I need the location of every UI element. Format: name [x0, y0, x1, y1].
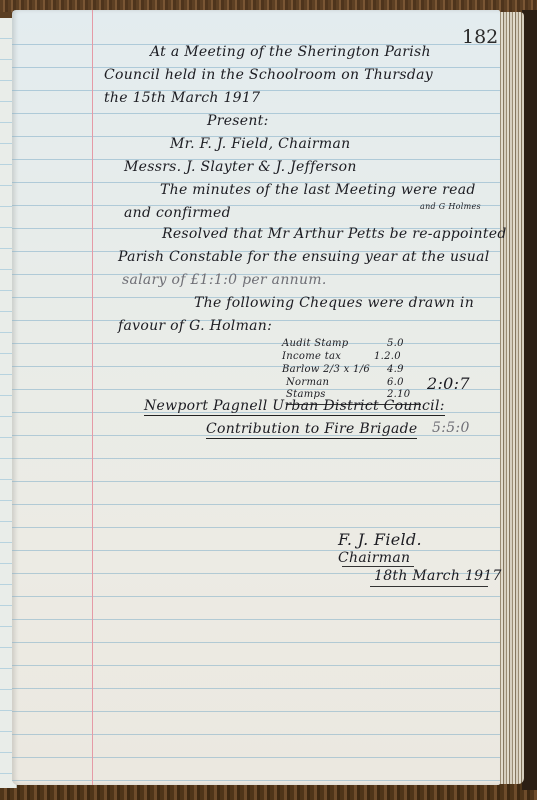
resolution-line-2: Parish Constable for the ensuing year at…	[118, 249, 490, 265]
resolution-line-1: Resolved that Mr Arthur Petts be re-appo…	[162, 226, 507, 242]
signature-rule	[342, 566, 414, 567]
cheque-total: 2:0:7	[427, 374, 470, 393]
cheque-item-amount: 5.0	[387, 338, 404, 349]
cheque-item-amount: 1.2.0	[374, 351, 401, 362]
red-margin-line	[92, 10, 93, 785]
cheque-item-amount: 4.9	[387, 364, 404, 375]
council-heading: Newport Pagnell Urban District Council:	[144, 398, 445, 416]
date-rule	[370, 586, 488, 587]
minutes-confirmed: and confirmed	[124, 205, 231, 221]
council-item: Contribution to Fire Brigade	[206, 421, 417, 439]
minute-line-2: Council held in the Schoolroom on Thursd…	[104, 67, 433, 83]
cheque-item-label: Audit Stamp	[282, 338, 348, 349]
book-cover-edge	[522, 10, 537, 790]
cheques-line-1: The following Cheques were drawn in	[194, 295, 474, 311]
page-number: 182	[462, 26, 498, 48]
signature-name: F. J. Field.	[338, 530, 422, 549]
signature-title: Chairman	[338, 550, 410, 566]
cheque-item-label: Barlow 2/3 x 1/6	[282, 364, 370, 375]
signature-date: 18th March 1917	[374, 568, 502, 584]
minute-line-3: the 15th March 1917	[104, 90, 260, 106]
present-heading: Present:	[207, 113, 269, 129]
present-members: Messrs. J. Slayter & J. Jefferson	[124, 159, 357, 175]
present-chairman: Mr. F. J. Field, Chairman	[170, 136, 350, 152]
council-amount: 5:5:0	[432, 420, 470, 436]
minutes-read: The minutes of the last Meeting were rea…	[160, 182, 476, 198]
resolution-line-3: salary of £1:1:0 per annum.	[122, 272, 327, 288]
ledger-page: 182 At a Meeting of the Sherington Paris…	[12, 10, 500, 785]
cheques-line-2: favour of G. Holman:	[118, 318, 272, 334]
cheque-item-label: Income tax	[282, 351, 341, 362]
cheque-item-label: Norman	[286, 377, 329, 388]
minute-line-1: At a Meeting of the Sherington Parish	[150, 44, 431, 60]
page-stack-edges	[498, 12, 524, 784]
insertion-note: and G Holmes	[420, 202, 481, 211]
cheque-item-amount: 6.0	[387, 377, 404, 388]
